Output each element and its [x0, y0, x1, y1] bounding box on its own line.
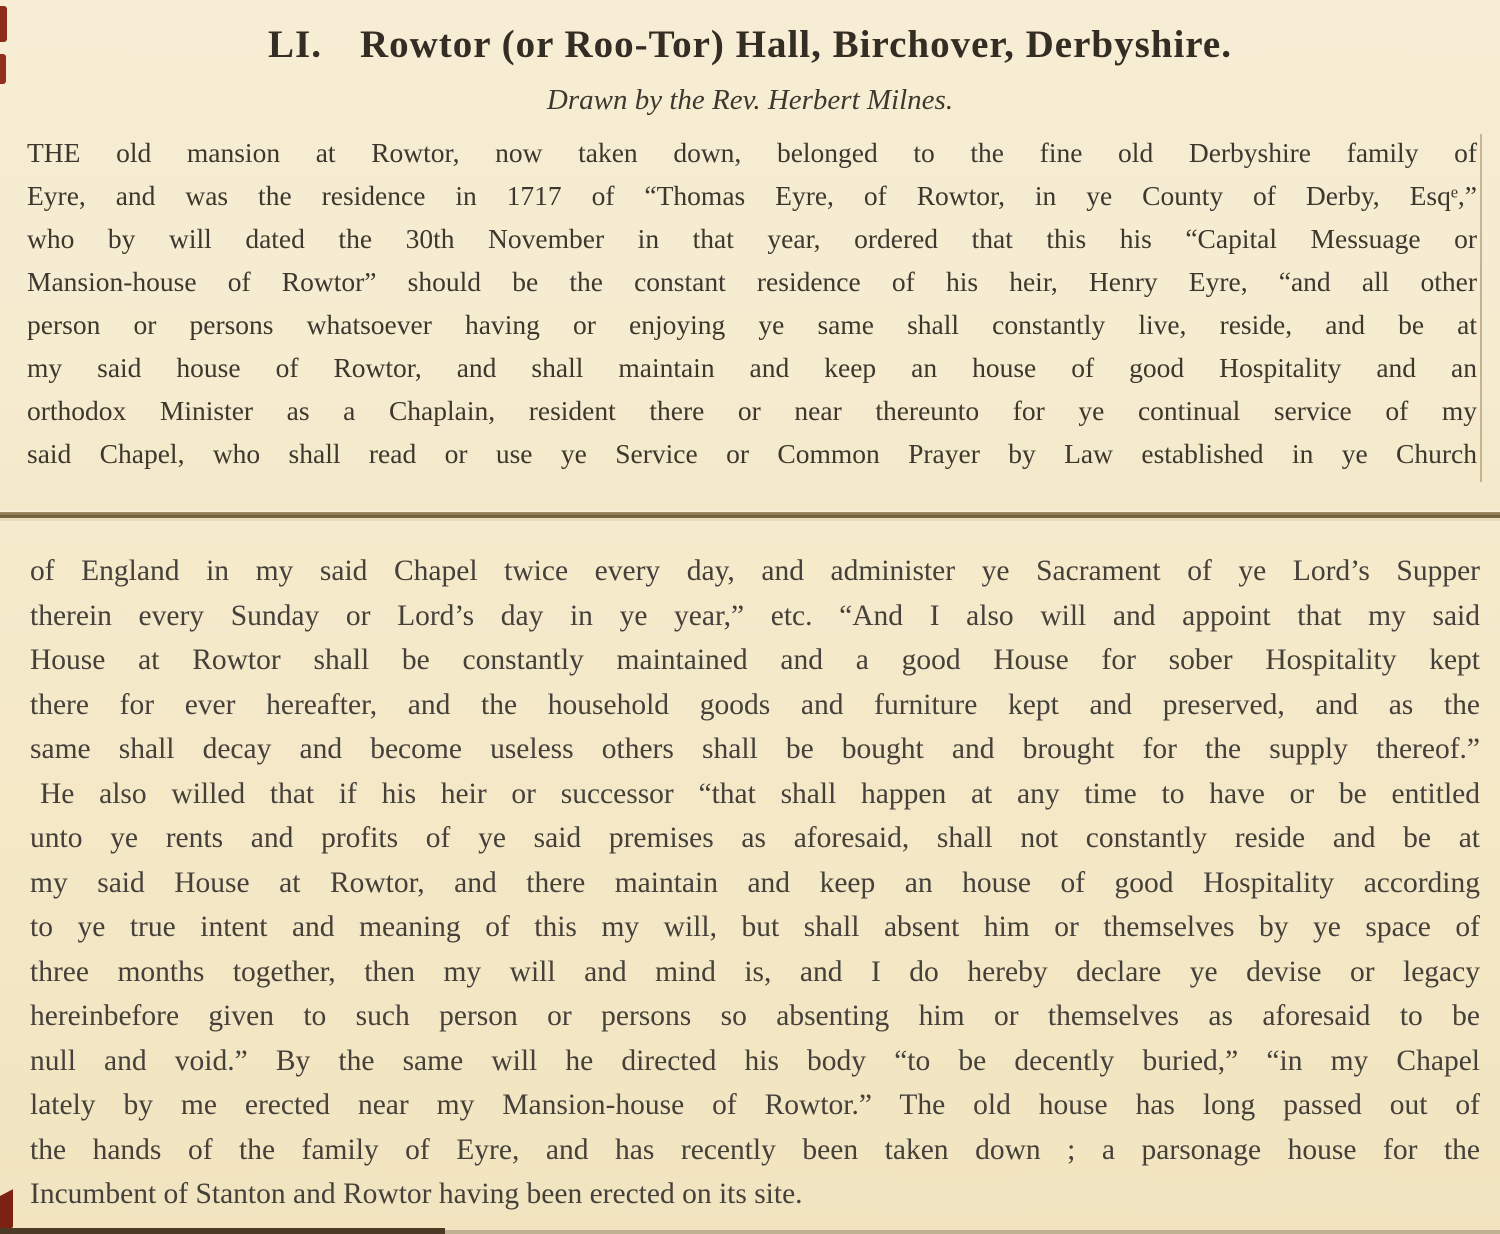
text-line: null and void.” By the same will he dire… — [30, 1039, 1480, 1084]
attribution-line: Drawn by the Rev. Herbert Milnes. — [0, 84, 1500, 117]
chapter-title: Rowtor (or Roo-Tor) Hall, Birchover, Der… — [360, 23, 1232, 66]
chapter-number: LI. — [268, 23, 322, 66]
text-line: Incumbent of Stanton and Rowtor having b… — [30, 1172, 1480, 1217]
text-line: Eyre, and was the residence in 1717 of “… — [27, 174, 1477, 217]
text-line: He also willed that if his heir or succe… — [30, 772, 1480, 817]
text-line: who by will dated the 30th November in t… — [27, 217, 1477, 260]
text-line: THE old mansion at Rowtor, now taken dow… — [27, 131, 1477, 174]
text-line: therein every Sunday or Lord’s day in ye… — [30, 594, 1480, 639]
clipping-edge-line — [1480, 134, 1482, 482]
text-line: lately by me erected near my Mansion-hou… — [30, 1083, 1480, 1128]
paragraph-top: THE old mansion at Rowtor, now taken dow… — [27, 131, 1477, 475]
text-line: to ye true intent and meaning of this my… — [30, 905, 1480, 950]
text-line: there for ever hereafter, and the househ… — [30, 683, 1480, 728]
scan-edge-shadow — [0, 1228, 445, 1234]
text-line: Mansion-house of Rowtor” should be the c… — [27, 260, 1477, 303]
text-line: the hands of the family of Eyre, and has… — [30, 1128, 1480, 1173]
chapter-heading: LI.Rowtor (or Roo-Tor) Hall, Birchover, … — [0, 22, 1500, 67]
scan-edge-shadow — [445, 1230, 1500, 1234]
red-pigment-mark — [0, 6, 7, 42]
red-pigment-mark — [0, 54, 6, 84]
text-line: three months together, then my will and … — [30, 950, 1480, 995]
text-line: of England in my said Chapel twice every… — [30, 549, 1480, 594]
text-line: orthodox Minister as a Chaplain, residen… — [27, 389, 1477, 432]
text-line: House at Rowtor shall be constantly main… — [30, 638, 1480, 683]
text-line: hereinbefore given to such person or per… — [30, 994, 1480, 1039]
text-line: my said House at Rowtor, and there maint… — [30, 861, 1480, 906]
text-line: unto ye rents and profits of ye said pre… — [30, 816, 1480, 861]
paragraph-bottom: of England in my said Chapel twice every… — [30, 549, 1480, 1217]
text-line: said Chapel, who shall read or use ye Se… — [27, 432, 1477, 475]
scan-edge-divider — [0, 510, 1500, 521]
text-line: my said house of Rowtor, and shall maint… — [27, 346, 1477, 389]
text-line: person or persons whatsoever having or e… — [27, 303, 1477, 346]
scanned-book-page: LI.Rowtor (or Roo-Tor) Hall, Birchover, … — [0, 0, 1500, 1234]
text-line: same shall decay and become useless othe… — [30, 727, 1480, 772]
